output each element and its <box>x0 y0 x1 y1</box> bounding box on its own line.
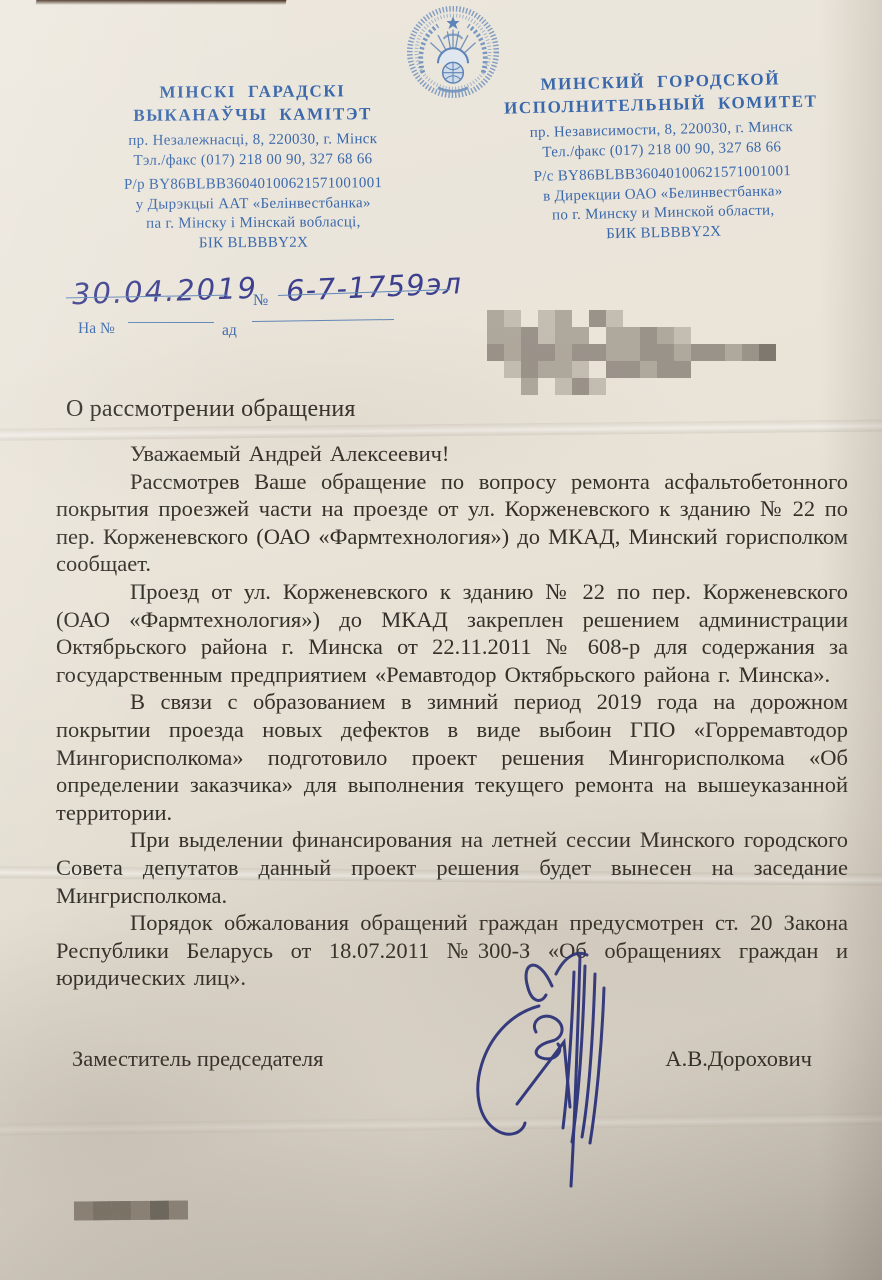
body-paragraph: Рассмотрев Ваше обращение по вопросу рем… <box>56 468 848 578</box>
subject-line: О рассмотрении обращения <box>66 396 356 423</box>
recipient-redacted-block <box>487 310 793 395</box>
salutation: Уважаемый Андрей Алексеевич! <box>56 440 848 468</box>
reply-from-label: ад <box>222 322 237 340</box>
reply-date-blank <box>252 319 394 322</box>
letterhead-belarusian: МІНСКІ ГАРАДСКІ ВЫКАНАЎЧЫ КАМІТЭТ пр. Не… <box>51 79 454 255</box>
body-paragraph: В связи с образованием в зимний период 2… <box>56 688 848 826</box>
org-name-line: МІНСКІ ГАРАДСКІ <box>51 79 453 105</box>
body-paragraph: Проезд от ул. Корженевского к зданию № 2… <box>56 578 848 688</box>
letterhead-russian: МИНСКИЙ ГОРОДСКОЙ ИСПОЛНИТЕЛЬНЫЙ КОМИТЕТ… <box>460 65 864 247</box>
reply-number-blank <box>128 322 214 323</box>
number-sign-label: № <box>253 292 268 310</box>
org-name-line: ВЫКАНАЎЧЫ КАМІТЭТ <box>52 102 454 128</box>
signer-name: А.В.Дорохович <box>665 1046 812 1072</box>
photo-background-edge <box>36 0 287 5</box>
org-bik: БІК BLBBBY2X <box>52 232 454 254</box>
signer-position: Заместитель председателя <box>72 1046 323 1072</box>
letter-body: Уважаемый Андрей Алексеевич! Рассмотрев … <box>56 440 848 992</box>
body-paragraph: При выделении финансирования на летней с… <box>56 826 848 909</box>
reply-to-number-label: На № <box>78 320 115 338</box>
letter-photo: МІНСКІ ГАРАДСКІ ВЫКАНАЎЧЫ КАМІТЭТ пр. Не… <box>0 0 882 1280</box>
handwritten-date: 30.04.2019 <box>71 271 258 311</box>
footer-redacted-strip <box>74 1201 188 1221</box>
handwritten-outgoing-number: 6-7-1759эл <box>285 266 462 308</box>
signature-row: Заместитель председателя А.В.Дорохович <box>72 1046 812 1072</box>
